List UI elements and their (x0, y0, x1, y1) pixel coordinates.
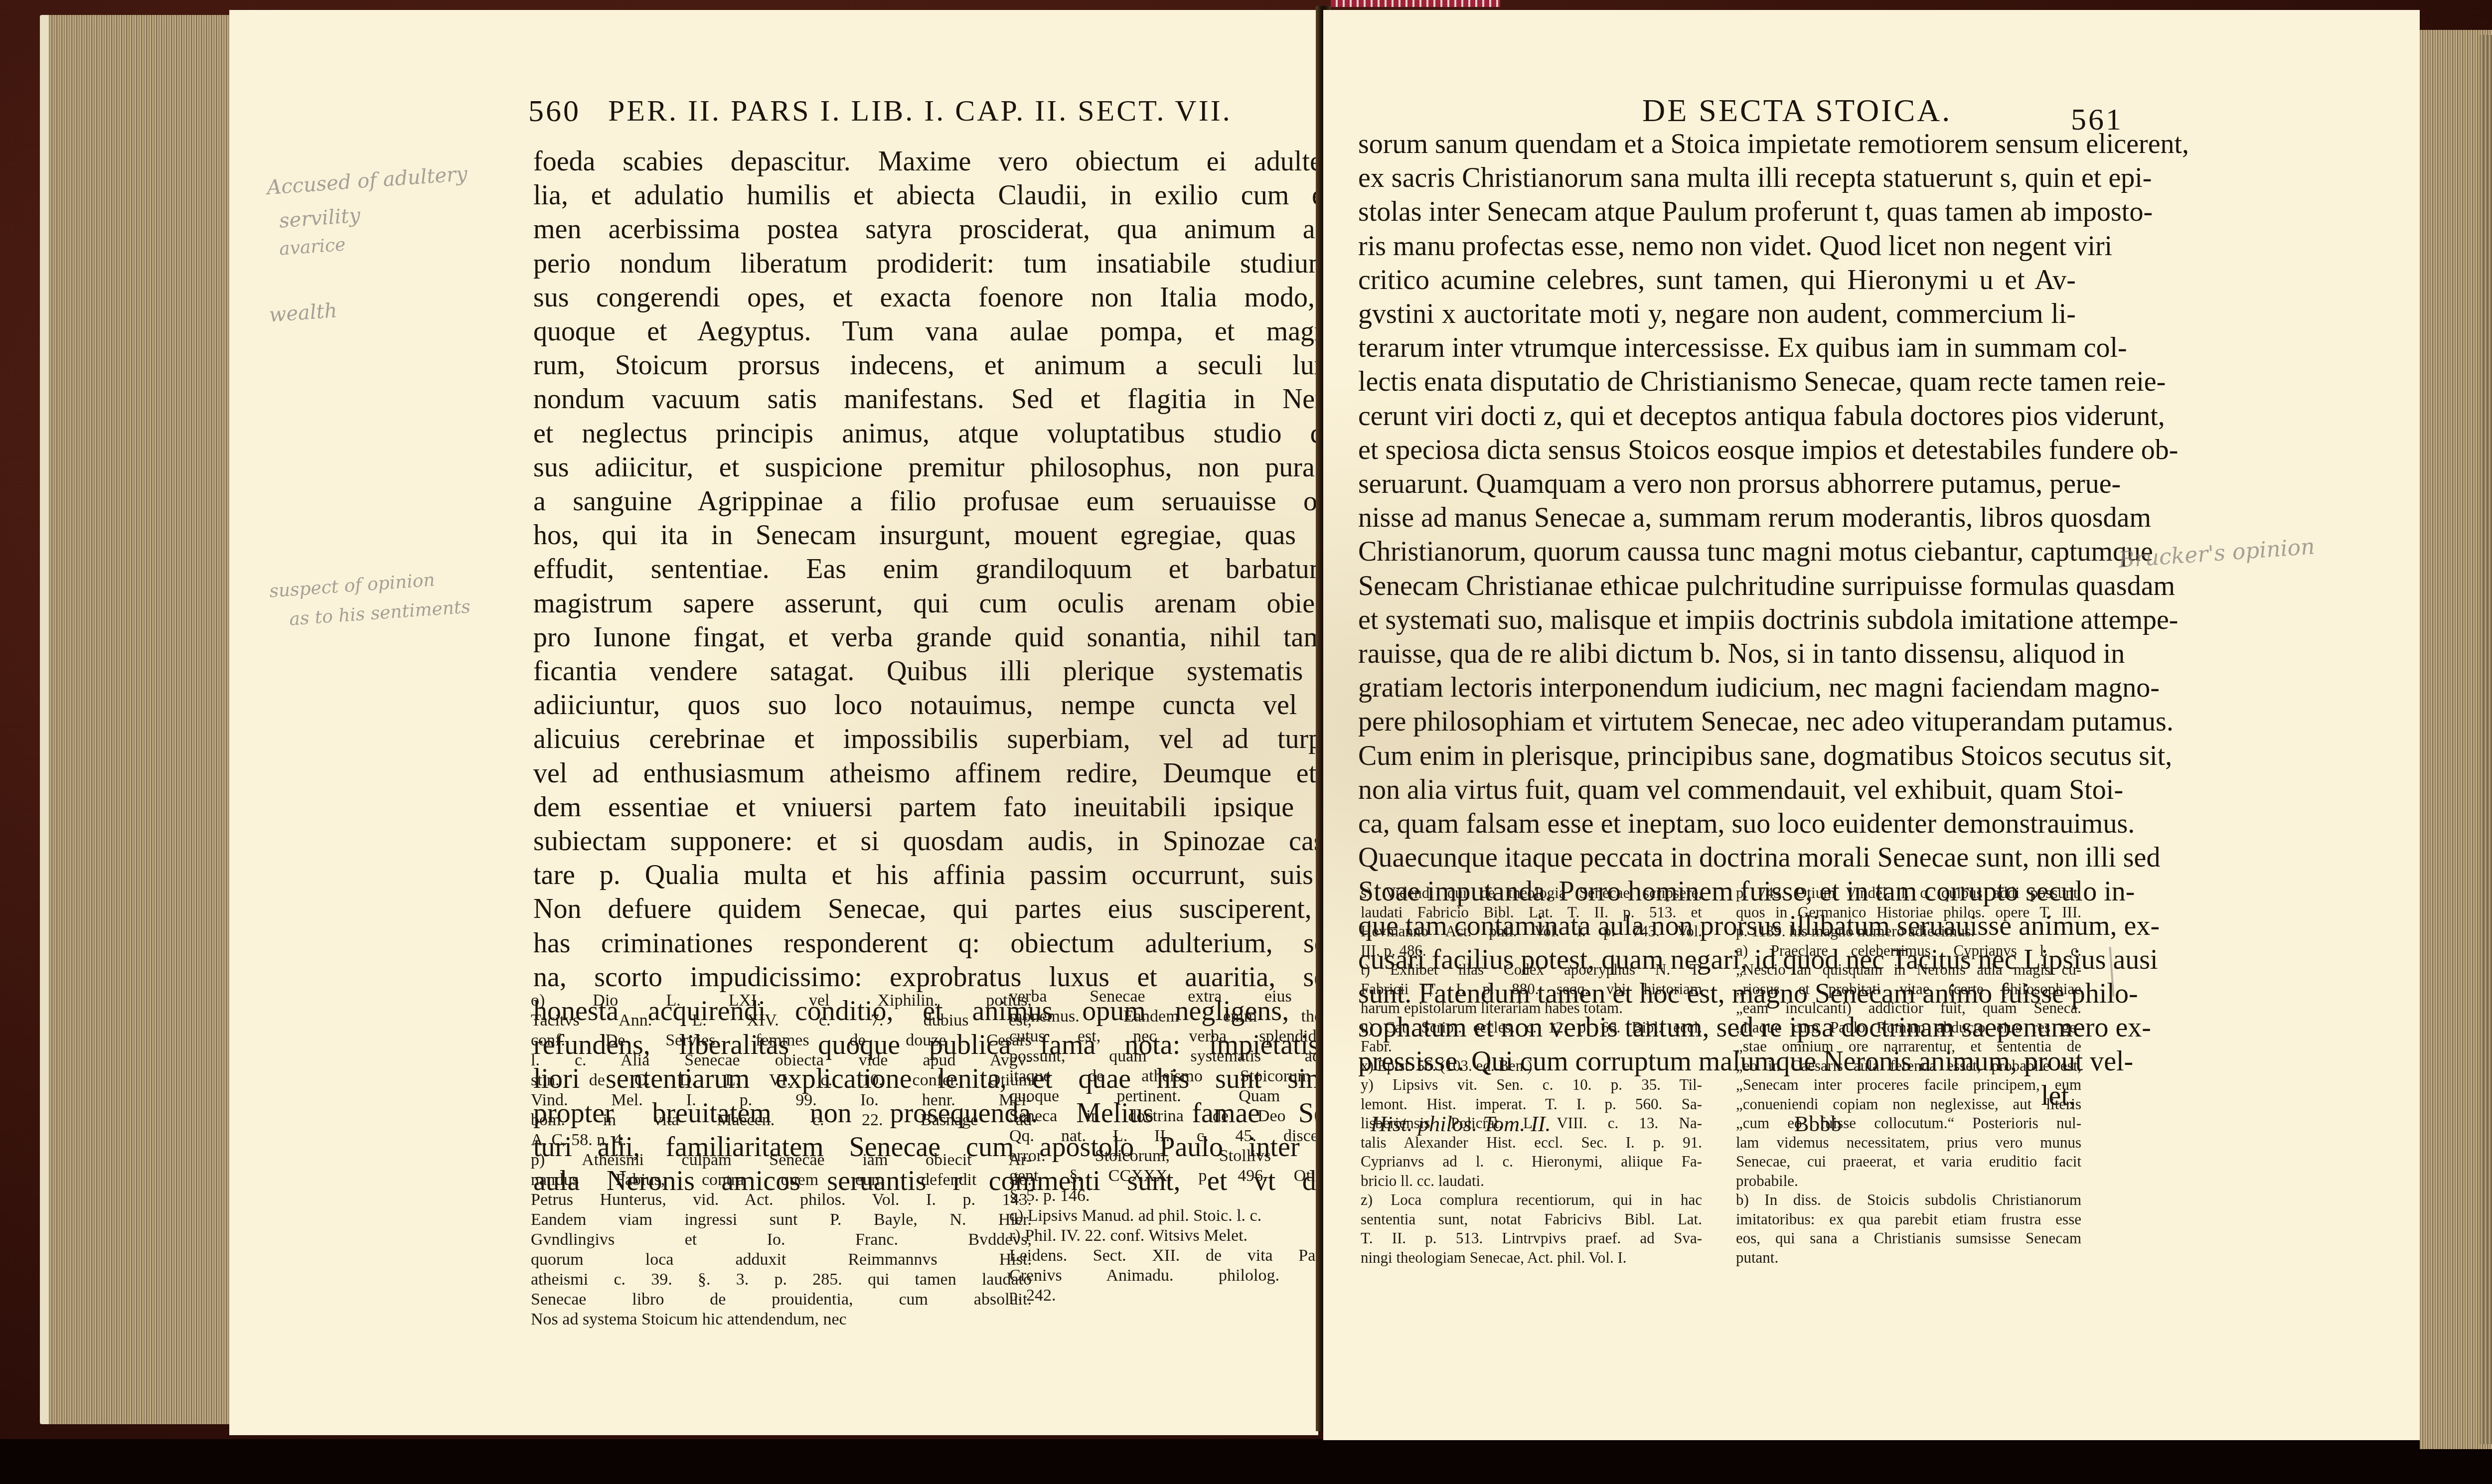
footnote-line: probabile. (1736, 1172, 2081, 1191)
footnote-line: u) Cat. Script. eccles. c. 12. p. 66. Bi… (1361, 1018, 1702, 1038)
footnote-line: Nos ad systema Stoicum hic attendendum, … (531, 1310, 1032, 1330)
text-line: cerunt viri docti z, qui et deceptos ant… (1358, 399, 2076, 433)
footnote-line: „stae omnium ore narrarentur, et sentent… (1736, 1037, 2081, 1056)
footnote-line: quorum loca adduxit Reimmannvs Hist. (531, 1250, 1032, 1270)
running-head-left: PER. II. PARS I. LIB. I. CAP. II. SECT. … (608, 94, 1232, 128)
text-line: gvstini x auctoritate moti y, negare non… (1358, 297, 2076, 331)
margin-note: avarice (279, 234, 346, 259)
bookmark-ribbon (1331, 0, 1500, 7)
footnote-line: „eo in Caesaris aula ferenda esset, prob… (1736, 1056, 2081, 1076)
footnote-line: „eam inculcanti) addictior fuit, quam Se… (1736, 999, 2081, 1018)
footnote-line: p. 1139. his magno numero adiecimus. (1736, 922, 2081, 941)
footnote-line: harum epistolarum literariam habes totam… (1361, 999, 1702, 1018)
text-line: non alia virtus fuit, quam vel commendau… (1358, 773, 2076, 807)
right-page-stack-edge-outer (2480, 35, 2492, 1444)
text-line: stolas inter Senecam atque Paulum profer… (1358, 195, 2076, 229)
text-line: nisse ad manus Senecae a, summam rerum m… (1358, 501, 2076, 535)
margin-note: Accused of adultery (266, 162, 468, 199)
footnote-line: bom. in vita Maecen. c. 22. Basnage ad (531, 1110, 1032, 1130)
text-line: Senecam Christianae ethicae pulchritudin… (1358, 569, 2076, 603)
footnote-line: Senecae, cui praeerat, et varia eruditio… (1736, 1152, 2081, 1172)
text-line: ris manu profectas esse, nemo non videt.… (1358, 229, 2076, 263)
footnote-line: Vind. Mel. I. p. 99. Io. henr. Mei- (531, 1090, 1032, 1110)
footnote-line: nandus Fabius, contra quem eum defendit … (531, 1170, 1032, 1190)
footnote-line: y) Lipsivs vit. Sen. c. 10. p. 35. Til- (1361, 1075, 1702, 1095)
margin-note: as to his sentiments (289, 596, 471, 629)
footnote-line: sententia sunt, notat Fabricivs Bibl. La… (1361, 1210, 1702, 1229)
footnote-line: t) Exhibet illas Codex apocryphus N. T. (1361, 960, 1702, 980)
text-line: Christianorum, quorum caussa tunc magni … (1358, 535, 2076, 569)
footnote-line: eos, qui sana a Christianis sumsisse Sen… (1736, 1229, 2081, 1248)
footnote-line: z) Loca complura recentiorum, qui in hac (1361, 1190, 1702, 1210)
text-line: Quaecunque itaque peccata in doctrina mo… (1358, 841, 2076, 875)
footnote-line: Fabricii T. I. p. 880. seqq. vbi histori… (1361, 980, 1702, 999)
footnote-line: lam videmus necessitatem, prius vero mun… (1736, 1133, 2081, 1153)
footnote-line: „riosus et probitati vitae (certe philos… (1736, 980, 2081, 999)
footnote-line: stin. de C. D. L. VI. c. 10. confer. Oti… (531, 1070, 1032, 1090)
text-line: lectis enata disputatio de Christianismo… (1358, 365, 2076, 399)
footnote-line: Tacitvs Ann. L. XIV. c. 7. dubius est, (531, 1011, 1032, 1031)
footnote-line: Fabr. (1361, 1037, 1702, 1056)
text-line: Cum enim in plerisque, principibus sane,… (1358, 739, 2076, 773)
right-page: DE SECTA STOICA. 561 sorum sanum quendam… (1323, 10, 2420, 1440)
footnote-line: l. c. Alia Senecae obiecta vide apud Avg… (531, 1050, 1032, 1070)
page-number-left: 560 (528, 94, 581, 129)
text-line: ca, quam falsam esse et ineptam, suo loc… (1358, 807, 2076, 841)
footnote-line: Senecae libro de prouidentia, cum absolu… (531, 1290, 1032, 1310)
footnote-line: Eandem viam ingressi sunt P. Bayle, N. H… (531, 1210, 1032, 1230)
footnote-line: imitatoribus: ex qua parebit etiam frust… (1736, 1210, 2081, 1229)
footnote-line: putant. (1736, 1248, 2081, 1268)
signature-mark: Bbbb (1794, 1111, 1842, 1137)
bottom-shadow (0, 1439, 2492, 1484)
text-line: et speciosa dicta sensus Stoicos eosque … (1358, 433, 2076, 467)
text-line: rauisse, qua de re alibi dictum b. Nos, … (1358, 637, 2076, 671)
footer-title: Hist. philos. Tom. II. (1371, 1111, 1551, 1137)
text-line: et systemati suo, malisque et impiis doc… (1358, 603, 2076, 637)
left-page-stack-edge (40, 15, 241, 1424)
footnote-line: „Nescio an quisquam in Neronis aula magi… (1736, 960, 2081, 980)
running-head-right: DE SECTA STOICA. (1642, 92, 1952, 129)
margin-note: wealth (269, 299, 338, 326)
footnote-line: Cyprianvs ad l. c. Hieronymi, aliique Fa… (1361, 1152, 1702, 1172)
left-footnotes-column-1: o) Dio L. LXI. vel Xiphilin. potius,Taci… (531, 991, 1032, 1330)
footnote-line: atheismi c. 39. §. 3. p. 285. qui tamen … (531, 1270, 1032, 1290)
left-page: 560 PER. II. PARS I. LIB. I. CAP. II. SE… (229, 10, 1318, 1435)
text-line: seruarunt. Quamquam a vero non prorsus a… (1358, 467, 2076, 501)
footnote-line: s) Videndi qui de theologia Senecae scri… (1361, 884, 1702, 903)
footnote-line: bricio ll. cc. laudati. (1361, 1172, 1702, 1191)
footnote-line: Petrus Hunterus, vid. Act. philos. Vol. … (531, 1190, 1032, 1210)
footnote-line: Hevmanno Act. phil. Vol. I. p. 743. Vol. (1361, 922, 1702, 941)
right-footnotes-column-1: s) Videndi qui de theologia Senecae scri… (1361, 884, 1702, 1267)
footnote-line: ningi theologiam Senecae, Act. phil. Vol… (1361, 1248, 1702, 1268)
margin-note: suspect of opinion (269, 570, 436, 601)
footnote-line: Gvndlingivs et Io. Franc. Bvddevs, (531, 1230, 1032, 1250)
footnote-line: p. 743. Otium Vindel. l. c. quibus addi … (1736, 884, 2081, 903)
footnote-line: conf. De Servies femmes de douze Cesars (531, 1031, 1032, 1050)
right-footnotes-column-2: p. 743. Otium Vindel. l. c. quibus addi … (1736, 884, 2081, 1267)
footnote-line: quos in Germanico Historiae philos. oper… (1736, 903, 2081, 922)
footnote-line: p) Atheismi culpam Senecae iam obiecit A… (531, 1150, 1032, 1170)
footnote-line: „conueniendi copiam non neglexisse, aut … (1736, 1095, 2081, 1114)
footnote-line: „Itaque cum Paulo Romam abducto eius res… (1736, 1018, 2081, 1038)
footnote-line: b) In diss. de Stoicis subdolis Christia… (1736, 1190, 2081, 1210)
text-line: sorum sanum quendam et a Stoica impietat… (1358, 127, 2076, 161)
text-line: pere philosophiam et virtutem Senecae, n… (1358, 705, 2076, 739)
text-line: ex sacris Christianorum sana multa illi … (1358, 161, 2076, 195)
footnote-line: T. II. p. 513. Lintrvpivs praef. ad Sva- (1361, 1229, 1702, 1248)
footnote-line: a) Praeclare celeberrimus Cyprianvs l. c… (1736, 941, 2081, 961)
footnote-line: „cum eo fuisse collocutum.“ Posterioris … (1736, 1114, 2081, 1133)
footnote-line: o) Dio L. LXI. vel Xiphilin. potius, (531, 991, 1032, 1011)
footnote-line: x) Epist. 56. (103. ed. Ben.) (1361, 1056, 1702, 1076)
footnote-line: III. p. 486. (1361, 941, 1702, 961)
footnote-line: laudati Fabricio Bibl. Lat. T. II. p. 51… (1361, 903, 1702, 922)
footnote-line: „Senecam inter proceres facile principem… (1736, 1075, 2081, 1095)
text-line: critico acumine celebres, sunt tamen, qu… (1358, 263, 2076, 297)
margin-note: servility (279, 204, 361, 232)
text-line: terarum inter vtrumque intercessisse. Ex… (1358, 331, 2076, 365)
text-line: gratiam lectoris interponendum iudicium,… (1358, 671, 2076, 705)
footnote-line: A. C. 58. n. 4. (531, 1130, 1032, 1150)
